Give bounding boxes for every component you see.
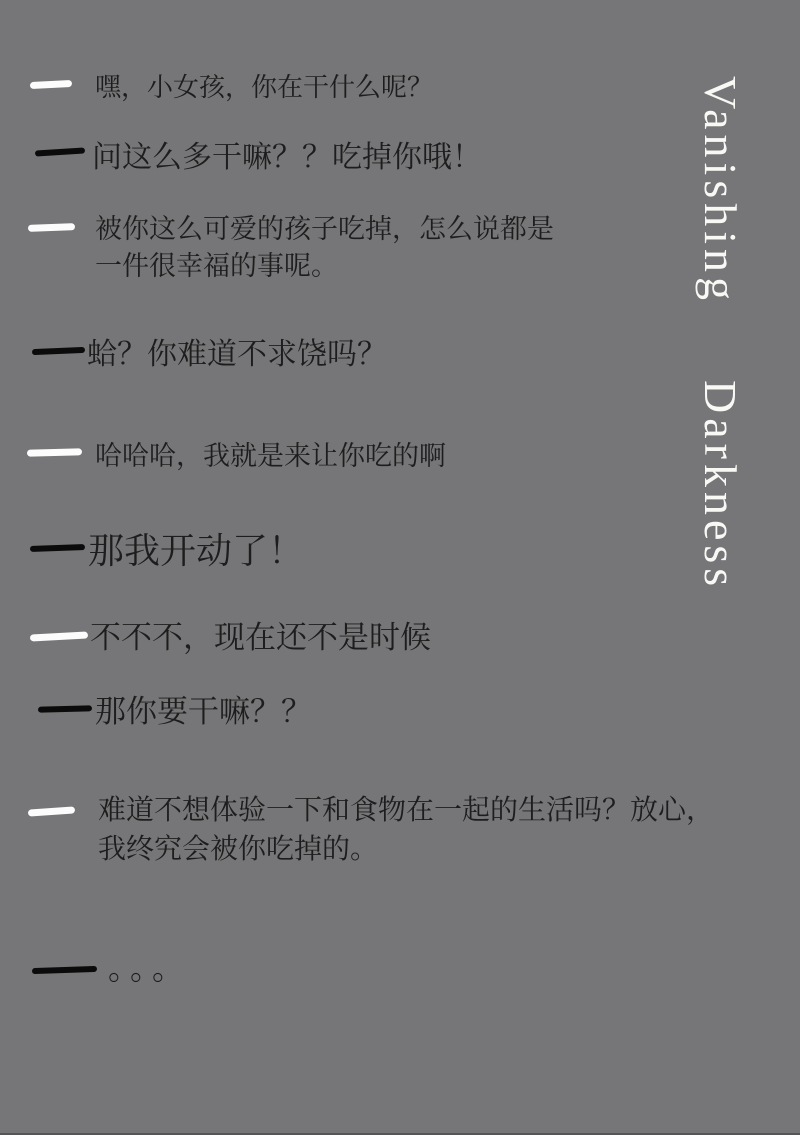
dialogue-line: 那你要干嘛？？ xyxy=(38,691,312,734)
speaker-dash-white xyxy=(27,448,82,456)
speaker-dash-white xyxy=(28,806,75,816)
dialogue-line: 蛤？你难道不求饶吗？ xyxy=(32,334,387,375)
speaker-dash-white xyxy=(30,80,72,89)
dialogue-text: 那你要干嘛？？ xyxy=(95,691,312,734)
watermark: Vanishing Darkness xyxy=(694,76,747,1096)
dialogue-line: 被你这么可爱的孩子吃掉，怎么说都是 一件很幸福的事呢。 xyxy=(28,211,554,286)
speaker-dash-black xyxy=(35,147,85,156)
dialogue-line: 嘿，小女孩，你在干什么呢？ xyxy=(30,70,433,106)
dialogue-text: 哈哈哈，我就是来让你吃的啊 xyxy=(95,438,446,475)
dialogue-line: 哈哈哈，我就是来让你吃的啊 xyxy=(27,438,446,475)
dialogue-line: 不不不，现在还不是时候 xyxy=(30,617,431,660)
dialogue-text: 被你这么可爱的孩子吃掉，怎么说都是 一件很幸福的事呢。 xyxy=(95,211,554,286)
dialogue-text: 那我开动了！ xyxy=(88,527,304,577)
speaker-dash-white xyxy=(28,223,75,232)
dialogue-line: 。。。 xyxy=(32,946,190,990)
dialogue-line: 问这么多干嘛？？吃掉你哦！ xyxy=(35,137,482,178)
dialogue-line: 难道不想体验一下和食物在一起的生活吗？放心， 我终究会被你吃掉的。 xyxy=(28,792,714,869)
dialogue-text: 蛤？你难道不求饶吗？ xyxy=(87,334,387,375)
dialogue-text: 。。。 xyxy=(108,946,190,990)
dialogue-line: 那我开动了！ xyxy=(30,527,304,577)
speaker-dash-black xyxy=(32,347,85,355)
dialogue-text: 难道不想体验一下和食物在一起的生活吗？放心， 我终究会被你吃掉的。 xyxy=(98,792,714,869)
speaker-dash-black xyxy=(38,705,92,712)
dialogue-text: 嘿，小女孩，你在干什么呢？ xyxy=(95,70,433,106)
speaker-dash-white xyxy=(30,631,88,641)
speaker-dash-black xyxy=(32,966,97,974)
dialogue-text: 问这么多干嘛？？吃掉你哦！ xyxy=(92,137,482,178)
page: 嘿，小女孩，你在干什么呢？问这么多干嘛？？吃掉你哦！被你这么可爱的孩子吃掉，怎么… xyxy=(0,0,800,1135)
watermark-word-bottom: Darkness xyxy=(694,380,747,591)
watermark-word-top: Vanishing xyxy=(695,76,746,305)
speaker-dash-black xyxy=(30,544,85,552)
dialogue-text: 不不不，现在还不是时候 xyxy=(90,617,431,660)
